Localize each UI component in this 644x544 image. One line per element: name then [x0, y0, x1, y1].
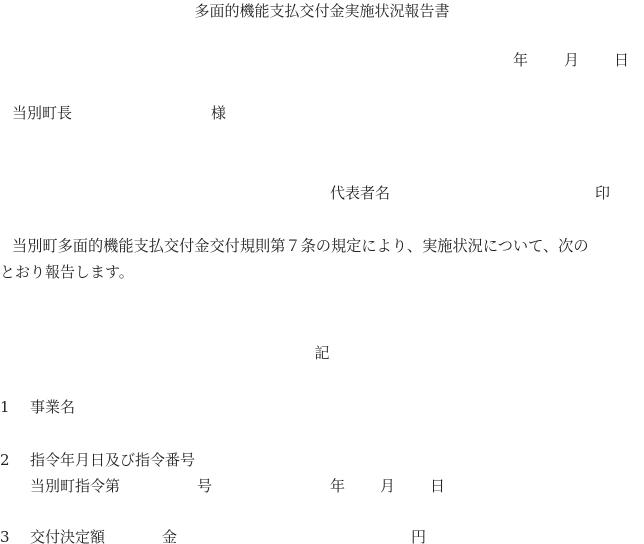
item-1-number: 1 — [0, 400, 10, 415]
body-paragraph-line-1: 当別町多面的機能支払交付金交付規則第７条の規定により、実施状況について、次の — [12, 239, 589, 254]
note-heading: 記 — [0, 346, 644, 361]
item-3-label: 交付決定額 — [30, 530, 105, 544]
addressee-honorific: 様 — [211, 106, 226, 121]
directive-number-prefix: 当別町指令第 — [30, 479, 120, 494]
directive-number-suffix: 号 — [197, 479, 212, 494]
directive-month-label: 月 — [380, 479, 395, 494]
date-day-label: 日 — [614, 53, 629, 68]
amount-unit: 円 — [411, 530, 426, 544]
date-year-label: 年 — [513, 53, 528, 68]
item-3-number: 3 — [0, 530, 10, 544]
representative-label: 代表者名 — [330, 186, 390, 201]
item-1-label: 事業名 — [30, 400, 75, 415]
date-month-label: 月 — [564, 53, 579, 68]
addressee-name: 当別町長 — [12, 106, 72, 121]
item-2-number: 2 — [0, 453, 10, 468]
directive-year-label: 年 — [330, 479, 345, 494]
item-2-label: 指令年月日及び指令番号 — [30, 453, 195, 468]
document-title: 多面的機能支払交付金実施状況報告書 — [0, 4, 644, 19]
seal-label: 印 — [595, 186, 610, 201]
directive-day-label: 日 — [430, 479, 445, 494]
amount-prefix: 金 — [162, 530, 177, 544]
body-paragraph-line-2: とおり報告します。 — [0, 265, 134, 280]
